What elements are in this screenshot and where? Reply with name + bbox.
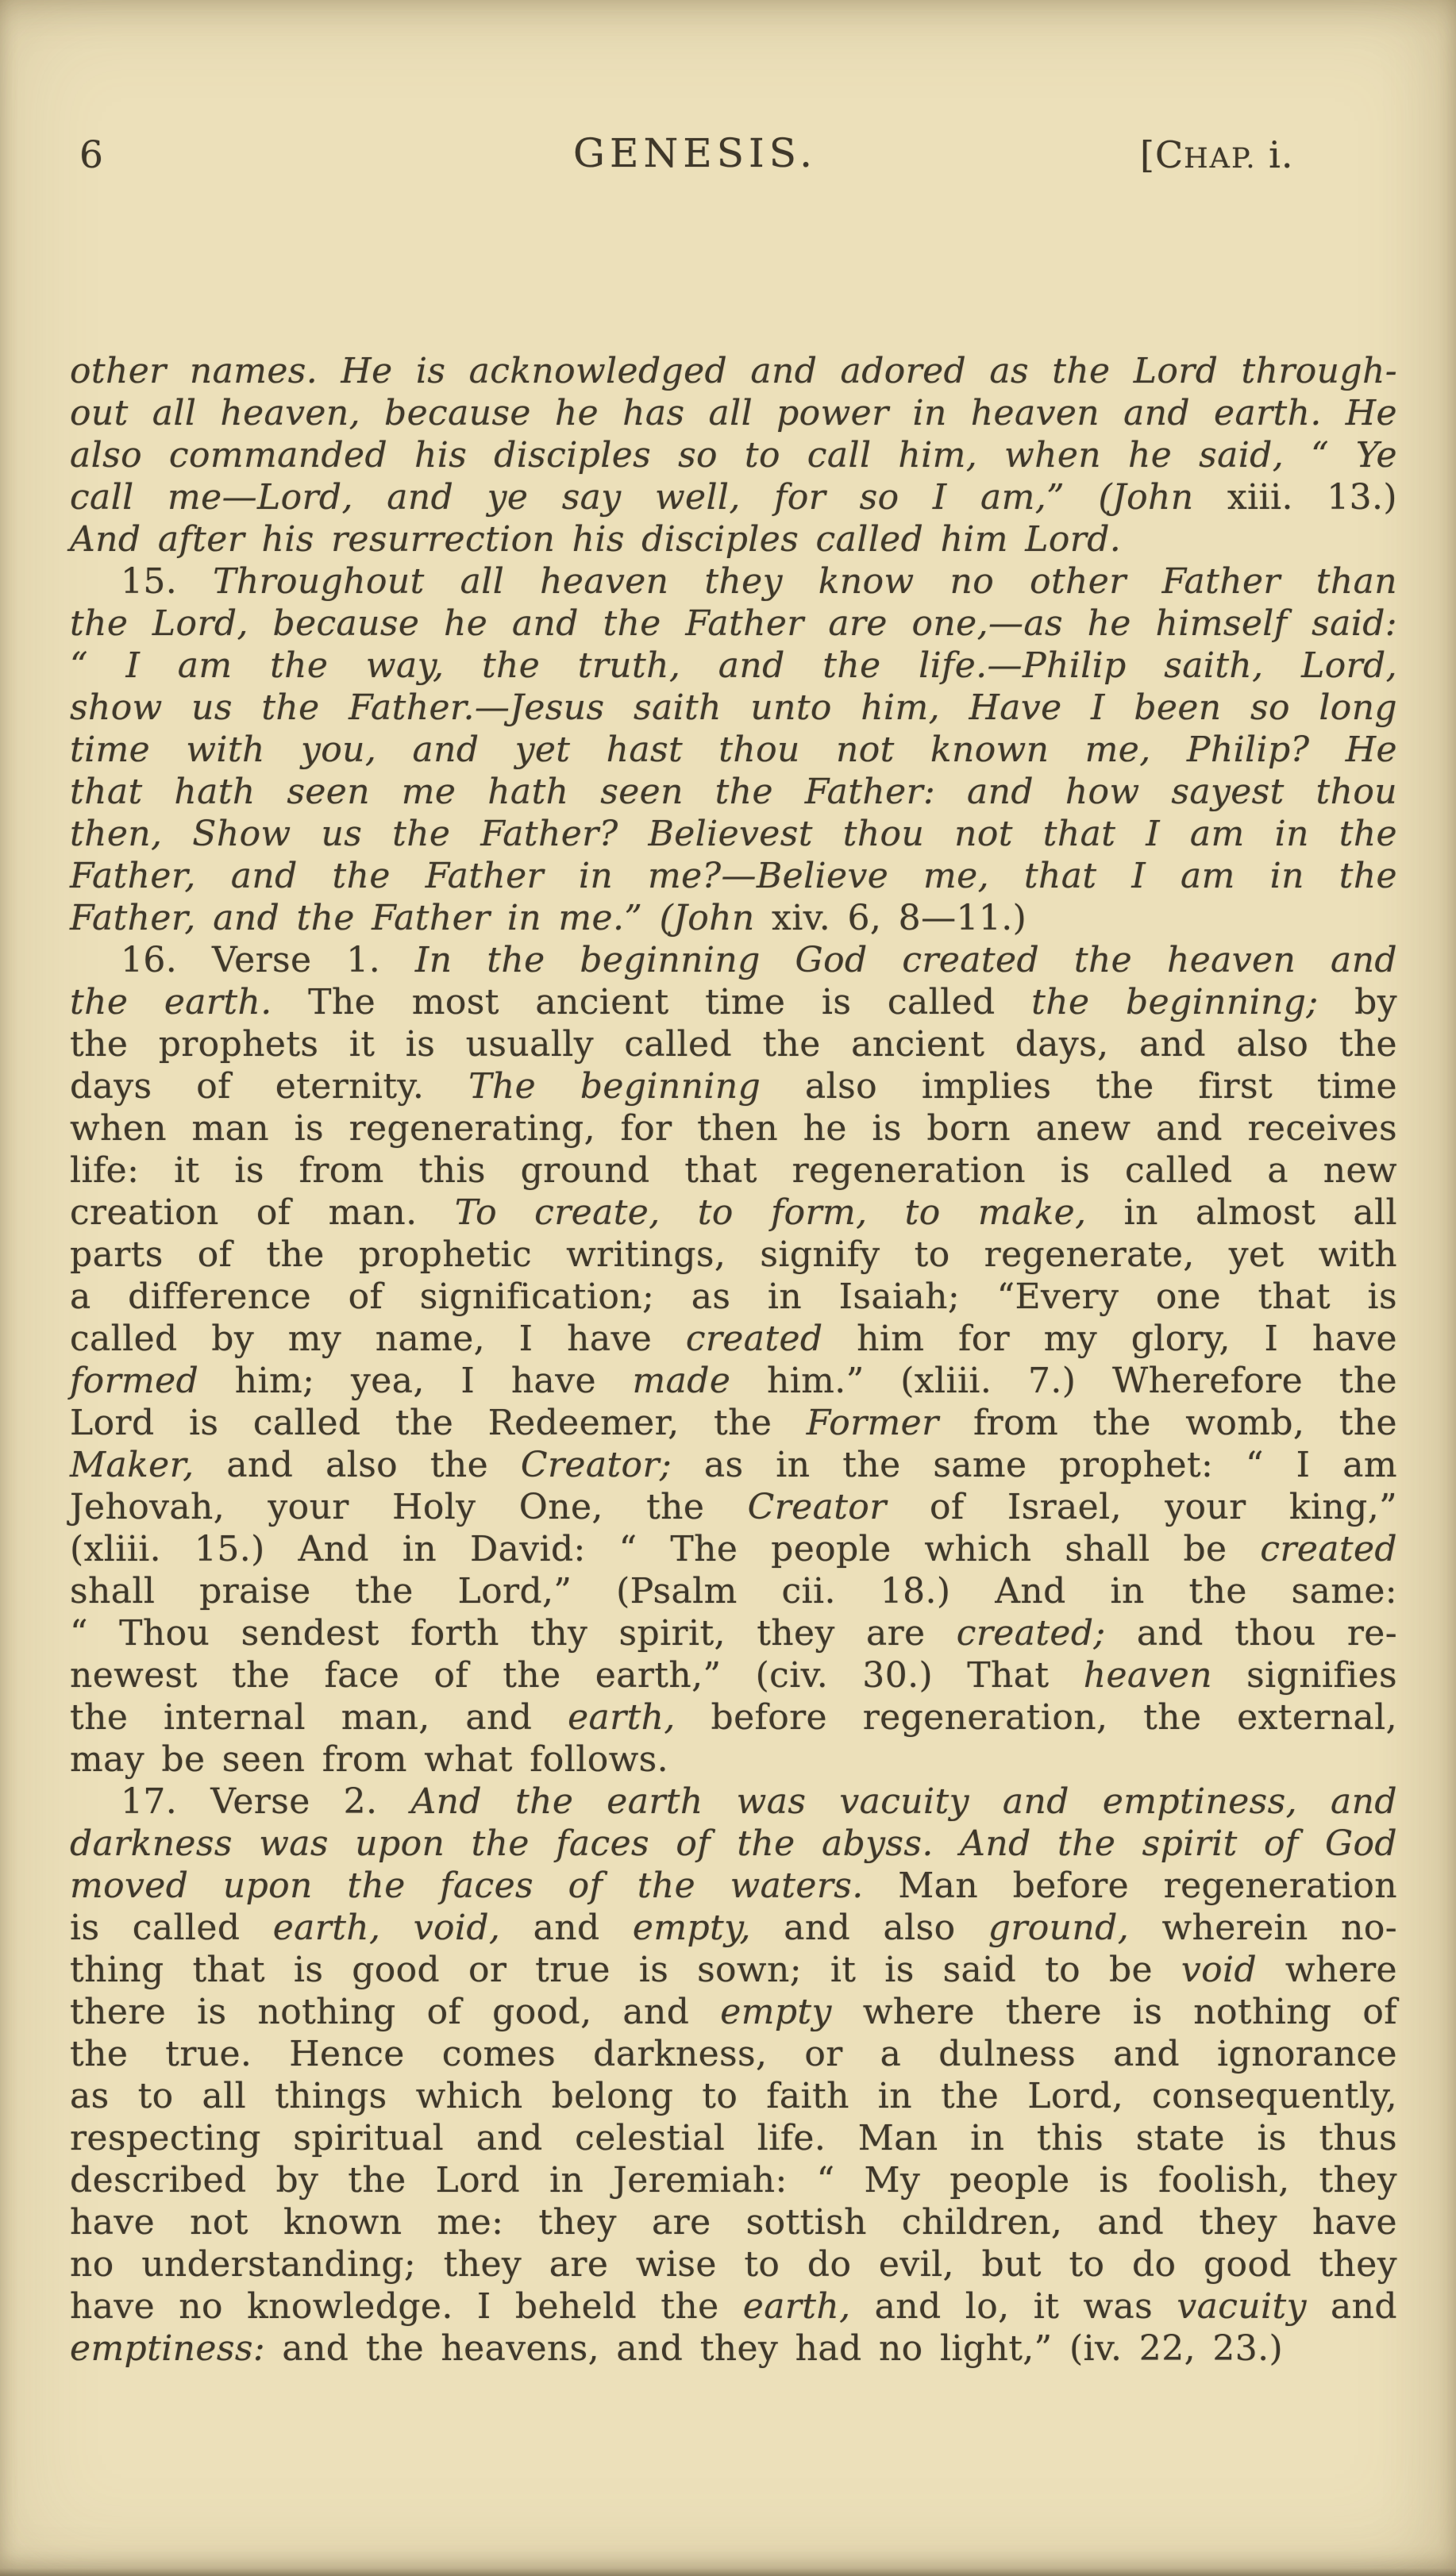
- italic-text: moved upon the faces of the waters.: [70, 1866, 864, 1906]
- text-line: 15. Throughout all heaven they know no o…: [70, 560, 1397, 603]
- roman-text: parts of the prophetic writings, signify…: [70, 1234, 1397, 1275]
- roman-text: The most ancient time is called: [272, 982, 1032, 1022]
- text-line: is called earth, void, and empty, and al…: [70, 1907, 1397, 1949]
- roman-text: and also: [751, 1908, 988, 1948]
- italic-text: Creator: [748, 1487, 887, 1527]
- text-line: days of eternity. The beginning also imp…: [70, 1065, 1397, 1107]
- italic-text: Former: [807, 1403, 939, 1443]
- roman-text: there is nothing of good, and: [70, 1992, 720, 2032]
- text-line: Father, and the Father in me.” (John xiv…: [70, 897, 1397, 939]
- italic-text: And the earth was vacuity and emptiness,…: [410, 1781, 1397, 1822]
- roman-text: shall praise the Lord,” (Psalm cii. 18.)…: [70, 1571, 1397, 1611]
- text-line: Jehovah, your Holy One, the Creator of I…: [70, 1486, 1397, 1528]
- italic-text: created: [686, 1319, 823, 1359]
- text-line: then, Show us the Father? Believest thou…: [70, 813, 1397, 855]
- roman-text: where there is nothing of: [832, 1992, 1397, 2032]
- roman-text: as to all things which belong to faith i…: [70, 2076, 1397, 2116]
- roman-text: creation of man.: [70, 1192, 455, 1233]
- italic-text: empty,: [633, 1908, 751, 1948]
- text-line: And after his resurrection his disciples…: [70, 518, 1397, 560]
- paragraph: other names. He is acknowledged and ador…: [70, 350, 1397, 560]
- roman-text: respecting spiritual and celestial life.…: [70, 2118, 1397, 2158]
- roman-text: xiv. 6, 8—11.): [772, 898, 1027, 938]
- roman-text: may be seen from what follows.: [70, 1739, 668, 1780]
- text-line: may be seen from what follows.: [70, 1739, 1397, 1781]
- italic-text: earth,: [743, 2286, 851, 2327]
- roman-text: newest the face of the earth,” (civ. 30.…: [70, 1655, 1084, 1696]
- text-line: the prophets it is usually called the an…: [70, 1023, 1397, 1065]
- text-line: time with you, and yet hast thou not kno…: [70, 729, 1397, 771]
- italic-text: created: [1260, 1529, 1397, 1569]
- text-line: other names. He is acknowledged and ador…: [70, 350, 1397, 392]
- italic-text: formed: [70, 1361, 198, 1401]
- italic-text: made: [633, 1361, 731, 1401]
- text-line: have no knowledge. I beheld the earth, a…: [70, 2285, 1397, 2328]
- text-line: thing that is good or true is sown; it i…: [70, 1949, 1397, 1991]
- text-line: life: it is from this ground that regene…: [70, 1149, 1397, 1192]
- paragraph: 15. Throughout all heaven they know no o…: [70, 560, 1397, 939]
- page-number: 6: [79, 133, 103, 177]
- text-line: the internal man, and earth, before rege…: [70, 1696, 1397, 1739]
- text-line: that hath seen me hath seen the Father: …: [70, 771, 1397, 813]
- roman-text: the true. Hence comes darkness, or a dul…: [70, 2034, 1397, 2074]
- roman-text: days of eternity.: [70, 1066, 468, 1107]
- chapter-marker-open: [C: [1140, 133, 1184, 176]
- roman-text: him.” (xliii. 7.) Wherefore the: [730, 1361, 1397, 1401]
- italic-text: In the beginning God created the heaven …: [415, 940, 1397, 980]
- italic-text: the Lord, because he and the Father are …: [70, 603, 1397, 644]
- text-line: the true. Hence comes darkness, or a dul…: [70, 2033, 1397, 2075]
- roman-text: have no knowledge. I beheld the: [70, 2286, 743, 2327]
- book-page: 6 GENESIS. [CHAP. i. other names. He is …: [0, 0, 1456, 2576]
- italic-text: out all heaven, because he has all power…: [70, 393, 1397, 433]
- chapter-marker-numeral: i.: [1257, 133, 1294, 176]
- text-line: respecting spiritual and celestial life.…: [70, 2117, 1397, 2159]
- roman-text: life: it is from this ground that regene…: [70, 1150, 1397, 1191]
- text-line: as to all things which belong to faith i…: [70, 2075, 1397, 2117]
- text-line: shall praise the Lord,” (Psalm cii. 18.)…: [70, 1570, 1397, 1612]
- chapter-marker: [CHAP. i.: [1140, 133, 1294, 176]
- text-line: creation of man. To create, to form, to …: [70, 1192, 1397, 1234]
- roman-text: before regeneration, the external,: [676, 1697, 1397, 1738]
- roman-text: and lo, it was: [850, 2286, 1177, 2327]
- italic-text: Father, and the Father in me.” (John: [70, 898, 772, 938]
- roman-text: and: [1307, 2286, 1397, 2327]
- roman-text: called by my name, I have: [70, 1319, 686, 1359]
- roman-text: no understanding; they are wise to do ev…: [70, 2244, 1397, 2285]
- italic-text: darkness was upon the faces of the abyss…: [70, 1823, 1397, 1864]
- italic-text: To create, to form, to make,: [455, 1192, 1087, 1233]
- roman-text: in almost all: [1086, 1192, 1397, 1233]
- text-line: described by the Lord in Jeremiah: “ My …: [70, 2159, 1397, 2201]
- roman-text: by: [1319, 982, 1397, 1022]
- italic-text: show us the Father.—Jesus saith unto him…: [70, 687, 1397, 728]
- text-line: out all heaven, because he has all power…: [70, 392, 1397, 434]
- roman-text: and: [500, 1908, 633, 1948]
- text-line: Lord is called the Redeemer, the Former …: [70, 1402, 1397, 1444]
- italic-text: The beginning: [468, 1066, 761, 1107]
- italic-text: emptiness:: [70, 2328, 265, 2369]
- italic-text: void: [1181, 1950, 1257, 1990]
- text-line: Maker, and also the Creator; as in the s…: [70, 1444, 1397, 1486]
- italic-text: heaven: [1084, 1655, 1212, 1696]
- roman-text: wherein no-: [1129, 1908, 1397, 1948]
- italic-text: then, Show us the Father? Believest thou…: [70, 814, 1397, 854]
- text-line: have not known me: they are sottish chil…: [70, 2201, 1397, 2243]
- roman-text: as in the same prophet: “ I am: [672, 1445, 1397, 1485]
- roman-text: have not known me: they are sottish chil…: [70, 2202, 1397, 2243]
- roman-text: of Israel, your king,”: [887, 1487, 1397, 1527]
- roman-text: where: [1257, 1950, 1397, 1990]
- italic-text: earth, void,: [273, 1908, 501, 1948]
- text-line: the Lord, because he and the Father are …: [70, 603, 1397, 645]
- text-line: show us the Father.—Jesus saith unto him…: [70, 687, 1397, 729]
- running-title: GENESIS.: [573, 130, 817, 176]
- italic-text: the earth.: [70, 982, 272, 1022]
- roman-text: is called: [70, 1908, 273, 1948]
- roman-text: described by the Lord in Jeremiah: “ My …: [70, 2160, 1397, 2201]
- text-line: formed him; yea, I have made him.” (xlii…: [70, 1360, 1397, 1402]
- italic-text: ground,: [988, 1908, 1129, 1948]
- roman-text: “ Thou sendest forth thy spirit, they ar…: [70, 1613, 957, 1654]
- text-line: darkness was upon the faces of the abyss…: [70, 1823, 1397, 1865]
- italic-text: earth,: [568, 1697, 676, 1738]
- body-text: other names. He is acknowledged and ador…: [70, 350, 1397, 2370]
- text-line: “ Thou sendest forth thy spirit, they ar…: [70, 1612, 1397, 1654]
- text-line: when man is regenerating, for then he is…: [70, 1107, 1397, 1149]
- italic-text: call me—Lord, and ye say well, for so I …: [70, 477, 1227, 518]
- text-line: no understanding; they are wise to do ev…: [70, 2243, 1397, 2285]
- italic-text: that hath seen me hath seen the Father: …: [70, 772, 1397, 812]
- roman-text: Lord is called the Redeemer, the: [70, 1403, 807, 1443]
- roman-text: and thou re-: [1106, 1613, 1397, 1654]
- roman-text: Man before regeneration: [864, 1866, 1397, 1906]
- italic-text: created;: [957, 1613, 1106, 1654]
- roman-text: also implies the first time: [761, 1066, 1397, 1107]
- text-line: also commanded his disciples so to call …: [70, 434, 1397, 476]
- text-line: there is nothing of good, and empty wher…: [70, 1991, 1397, 2033]
- text-line: the earth. The most ancient time is call…: [70, 981, 1397, 1023]
- text-line: emptiness: and the heavens, and they had…: [70, 2328, 1397, 2370]
- chapter-marker-smallcaps: HAP.: [1184, 143, 1256, 175]
- roman-text: xiii. 13.): [1227, 477, 1397, 518]
- roman-text: 15.: [121, 561, 213, 602]
- roman-text: thing that is good or true is sown; it i…: [70, 1950, 1181, 1990]
- italic-text: Father, and the Father in me?—Believe me…: [70, 856, 1397, 896]
- text-line: (xliii. 15.) And in David: “ The people …: [70, 1528, 1397, 1570]
- text-line: “ I am the way, the truth, and the life.…: [70, 645, 1397, 687]
- text-line: Father, and the Father in me?—Believe me…: [70, 855, 1397, 897]
- roman-text: from the womb, the: [939, 1403, 1397, 1443]
- text-line: 17. Verse 2. And the earth was vacuity a…: [70, 1781, 1397, 1823]
- italic-text: “ I am the way, the truth, and the life.…: [70, 645, 1397, 686]
- paragraph: 16. Verse 1. In the beginning God create…: [70, 939, 1397, 1781]
- text-line: parts of the prophetic writings, signify…: [70, 1234, 1397, 1276]
- text-line: called by my name, I have created him fo…: [70, 1318, 1397, 1360]
- roman-text: 16. Verse 1.: [121, 940, 415, 980]
- text-line: call me—Lord, and ye say well, for so I …: [70, 476, 1397, 518]
- italic-text: Creator;: [521, 1445, 672, 1485]
- roman-text: 17. Verse 2.: [121, 1781, 410, 1822]
- italic-text: also commanded his disciples so to call …: [70, 435, 1397, 476]
- roman-text: him; yea, I have: [198, 1361, 632, 1401]
- roman-text: the prophets it is usually called the an…: [70, 1024, 1397, 1065]
- roman-text: the internal man, and: [70, 1697, 568, 1738]
- text-line: 16. Verse 1. In the beginning God create…: [70, 939, 1397, 981]
- italic-text: Maker,: [70, 1445, 195, 1485]
- italic-text: Throughout all heaven they know no other…: [213, 561, 1397, 602]
- roman-text: and the heavens, and they had no light,”…: [265, 2328, 1283, 2369]
- italic-text: vacuity: [1177, 2286, 1306, 2327]
- italic-text: other names. He is acknowledged and ador…: [70, 351, 1397, 391]
- text-line: a difference of signification; as in Isa…: [70, 1276, 1397, 1318]
- paragraph: 17. Verse 2. And the earth was vacuity a…: [70, 1781, 1397, 2370]
- roman-text: (xliii. 15.) And in David: “ The people …: [70, 1529, 1260, 1569]
- roman-text: signifies: [1212, 1655, 1397, 1696]
- roman-text: when man is regenerating, for then he is…: [70, 1108, 1397, 1149]
- italic-text: the beginning;: [1031, 982, 1318, 1022]
- roman-text: and also the: [195, 1445, 521, 1485]
- roman-text: Jehovah, your Holy One, the: [70, 1487, 748, 1527]
- text-line: newest the face of the earth,” (civ. 30.…: [70, 1654, 1397, 1696]
- italic-text: time with you, and yet hast thou not kno…: [70, 730, 1397, 770]
- roman-text: a difference of signification; as in Isa…: [70, 1276, 1397, 1317]
- italic-text: And after his resurrection his disciples…: [70, 519, 1121, 560]
- roman-text: him for my glory, I have: [822, 1319, 1397, 1359]
- italic-text: empty: [720, 1992, 831, 2032]
- text-line: moved upon the faces of the waters. Man …: [70, 1865, 1397, 1907]
